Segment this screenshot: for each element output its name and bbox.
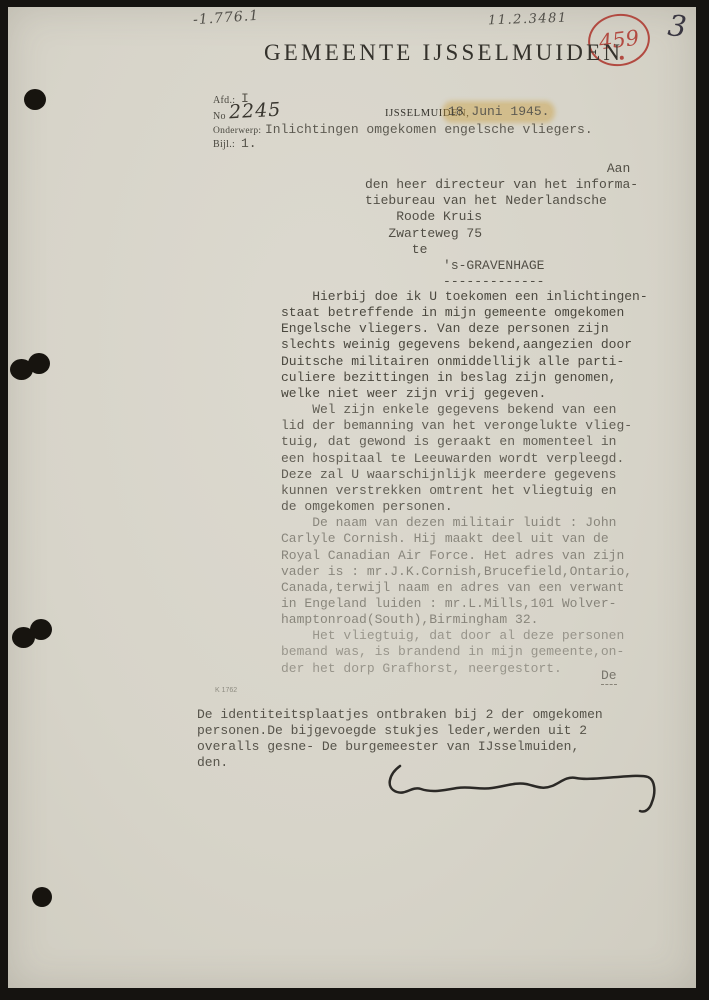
punch-hole	[32, 887, 52, 907]
pencil-ref-right: 11.2.3481	[488, 11, 568, 29]
punch-hole	[30, 619, 52, 640]
letter-date: 18 Juni 1945.	[445, 104, 552, 120]
bijl-label: Bijl.:	[213, 139, 235, 150]
paper-sheet: -1.776.1 11.2.3481 459 3 GEMEENTE IJSSEL…	[8, 7, 696, 988]
letter-body: Hierbij doe ik U toekomen een inlichting…	[281, 289, 648, 677]
scanned-letter: -1.776.1 11.2.3481 459 3 GEMEENTE IJSSEL…	[0, 0, 709, 1000]
paragraph: Wel zijn enkele gegevens bekend van een …	[281, 402, 648, 515]
catchword: De	[601, 668, 617, 685]
letterhead-title: GEMEENTE IJSSELMUIDEN	[264, 40, 623, 66]
punch-hole	[24, 89, 46, 110]
onderwerp-value: Inlichtingen omgekomen engelsche vlieger…	[265, 122, 593, 138]
punch-hole	[28, 353, 50, 374]
paragraph: Het vliegtuig, dat door al deze personen…	[281, 628, 648, 676]
address-block: Aan den heer directeur van het informa- …	[365, 161, 638, 290]
pencil-ref-left: -1.776.1	[193, 8, 260, 29]
paragraph: De naam van dezen militair luidt : John …	[281, 515, 648, 628]
no-label: No	[213, 111, 226, 122]
form-code: K 1762	[215, 687, 237, 694]
bijl-value: 1.	[241, 136, 257, 152]
no-value: 2245	[228, 99, 281, 124]
onderwerp-label: Onderwerp:	[213, 126, 261, 136]
page-number: 3	[666, 8, 688, 44]
paragraph: Hierbij doe ik U toekomen een inlichting…	[281, 289, 648, 402]
signature	[380, 755, 670, 820]
